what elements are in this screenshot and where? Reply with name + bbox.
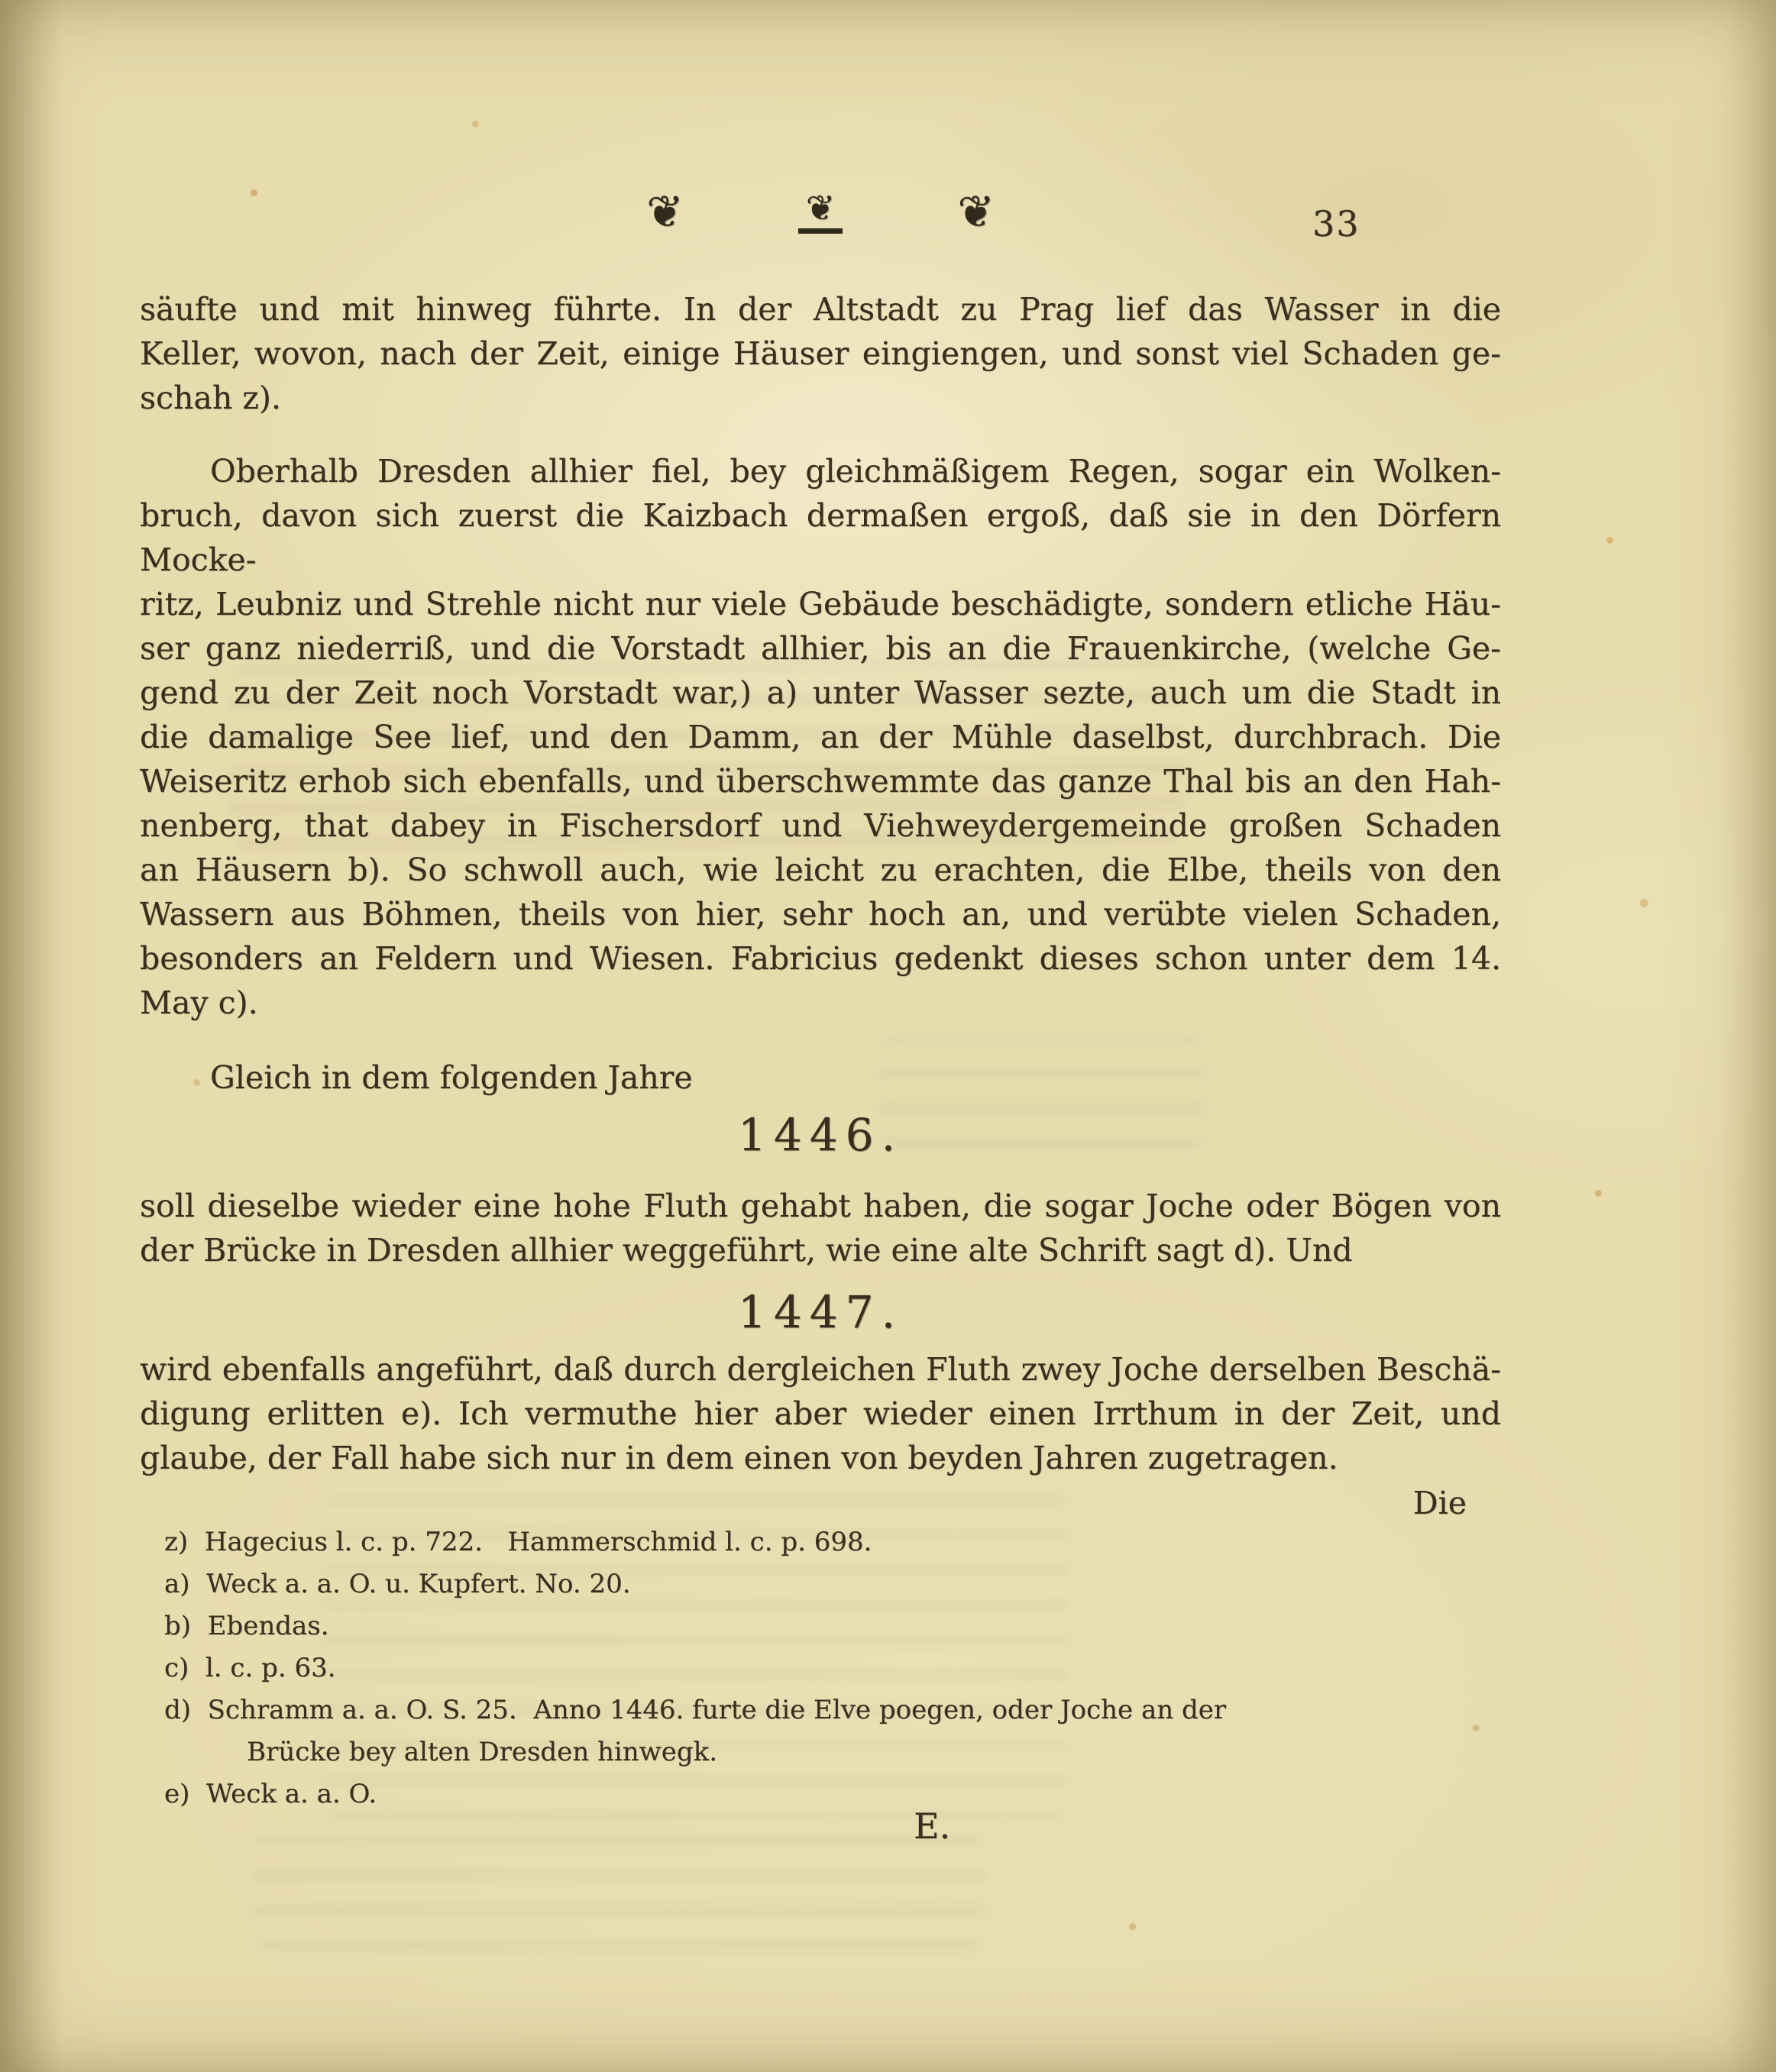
header-ornament-row: ❦ ❦ ❦ [140, 189, 1501, 234]
text-line: Wassern aus Böhmen, theils von hier, seh… [140, 892, 1501, 936]
text-line: glaube, der Fall habe sich nur in dem ei… [140, 1436, 1501, 1480]
text-line: schah z). [140, 376, 1501, 420]
text-line: der Brücke in Dresden allhier weggeführt… [140, 1228, 1501, 1272]
paragraph-dresden-flood: Oberhalb Dresden allhier fiel, bey gleic… [140, 449, 1501, 1025]
text-line: Oberhalb Dresden allhier fiel, bey gleic… [140, 449, 1501, 493]
text-line: May c). [140, 981, 1501, 1025]
fleuron-ornament-right: ❦ [957, 189, 995, 234]
footnotes-section: z) Hagecius l. c. p. 722. Hammerschmid l… [140, 1521, 1501, 1815]
year-heading-1447: 1447. [140, 1286, 1501, 1338]
text-line: soll dieselbe wieder eine hohe Fluth geh… [140, 1184, 1501, 1228]
text-line: digung erlitten e). Ich vermuthe hier ab… [140, 1392, 1501, 1436]
text-line: ritz, Leubniz und Strehle nicht nur viel… [140, 582, 1501, 626]
year-heading-1446: 1446. [140, 1109, 1501, 1161]
catchword-container: Die [140, 1485, 1501, 1521]
text-line: b) Ebendas. [164, 1605, 1501, 1647]
fleuron-ornament-left: ❦ [646, 189, 684, 234]
text-line: an Häusern b). So schwoll auch, wie leic… [140, 848, 1501, 892]
text-line: Gleich in dem folgenden Jahre [140, 1055, 1501, 1100]
text-line: gend zu der Zeit noch Vorstadt war,) a) … [140, 671, 1501, 715]
text-line: besonders an Feldern und Wiesen. Fabrici… [140, 936, 1501, 981]
text-line: e) Weck a. a. O. [164, 1773, 1501, 1815]
text-line: z) Hagecius l. c. p. 722. Hammerschmid l… [164, 1521, 1501, 1563]
show-through-smudge [252, 1829, 985, 1951]
text-line: Weiseritz erhob sich ebenfalls, und über… [140, 759, 1501, 803]
text-line: Keller, wovon, nach der Zeit, einige Häu… [140, 331, 1501, 376]
catchword: Die [1413, 1485, 1467, 1521]
text-line: Brücke bey alten Dresden hinwegk. [164, 1731, 1501, 1773]
text-line: die damalige See lief, und den Damm, an … [140, 715, 1501, 759]
scanned-book-page: ❦ ❦ ❦ 33 säufte und mit hinweg führte. I… [0, 0, 1776, 2072]
page-number: 33 [1312, 203, 1360, 244]
text-line: ser ganz niederriß, und die Vorstadt all… [140, 626, 1501, 671]
paragraph-continuation: säufte und mit hinweg führte. In der Alt… [140, 287, 1501, 420]
text-line: d) Schramm a. a. O. S. 25. Anno 1446. fu… [164, 1689, 1501, 1731]
fleuron-ornament-center: ❦ [798, 190, 843, 234]
text-line: bruch, davon sich zuerst die Kaizbach de… [140, 493, 1501, 582]
paper-specks [0, 0, 4, 4]
text-line: c) l. c. p. 63. [164, 1647, 1501, 1689]
signature-mark: E. [914, 1805, 950, 1847]
text-line: a) Weck a. a. O. u. Kupfert. No. 20. [164, 1563, 1501, 1605]
paragraph-1446-flood: soll dieselbe wieder eine hohe Fluth geh… [140, 1184, 1501, 1272]
paragraph-transition: Gleich in dem folgenden Jahre [140, 1055, 1501, 1100]
text-line: nenberg, that dabey in Fischersdorf und … [140, 803, 1501, 848]
text-line: säufte und mit hinweg führte. In der Alt… [140, 287, 1501, 331]
text-line: wird ebenfalls angeführt, daß durch derg… [140, 1347, 1501, 1392]
paragraph-1447-flood: wird ebenfalls angeführt, daß durch derg… [140, 1347, 1501, 1480]
